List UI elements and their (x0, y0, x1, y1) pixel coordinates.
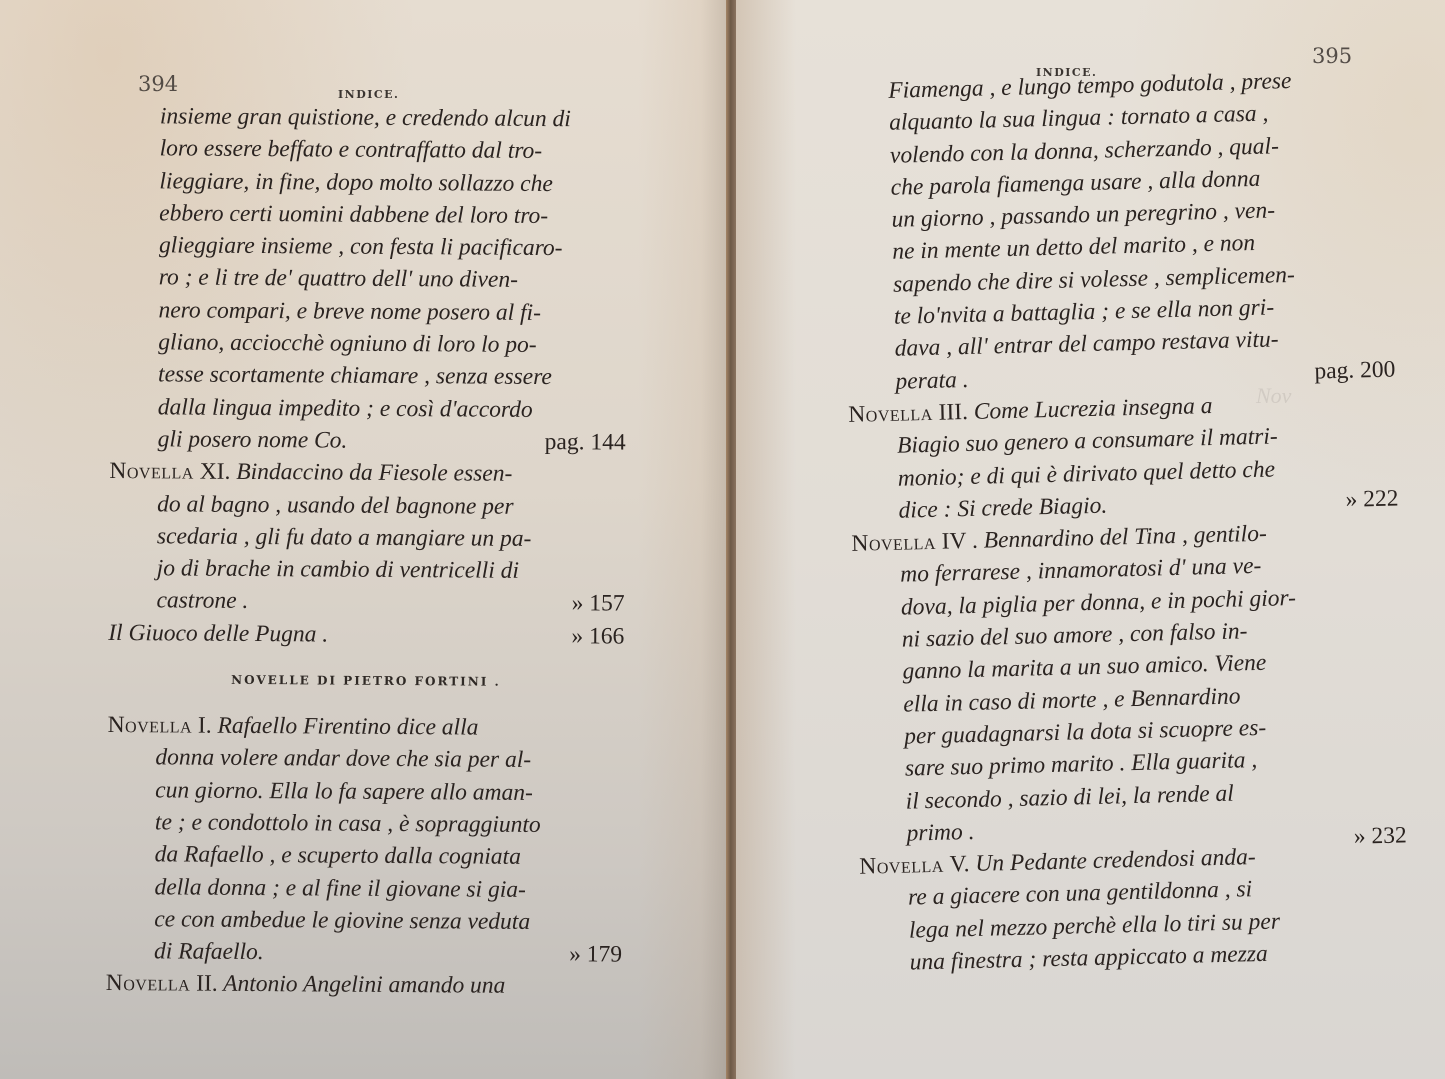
entry-line: cun giorno. Ella lo fa sapere allo aman- (107, 774, 623, 810)
running-head: INDICE. (338, 88, 399, 101)
page-reference: » 222 (1345, 482, 1399, 516)
book-gutter (726, 0, 736, 1079)
index-entry-novella-xi: Novella XI. Bindaccino da Fiesole essen-… (108, 455, 625, 620)
entry-line: gliano, acciocchè ogniuno di loro lo po- (110, 326, 626, 362)
entry-text: gli posero nome Co. (158, 426, 348, 453)
entry-first-line: Novella II. Antonio Angelini amando una (106, 967, 622, 1003)
entry-line: glieggiare insieme , con festa li pacifi… (111, 229, 627, 265)
index-entry-novella-ii: Novella II. Antonio Angelini amando una (106, 967, 622, 1003)
index-entry-novella-iv: Novella IV . Bennardino del Tina , genti… (851, 515, 1407, 851)
entry-line: nero compari, e breve nome posero al fi- (110, 294, 626, 330)
page-reference: » 157 (572, 588, 625, 621)
index-entry-novella-v: Novella V. Un Pedante credendosi anda- r… (859, 838, 1410, 981)
entry-line: ebbero certi uomini dabbene del loro tro… (111, 197, 627, 233)
entry-line-last: Il Giuoco delle Pugna . » 166 (108, 617, 624, 653)
index-entry-continuation: Fiamenga , e lungo tempo godutola , pres… (840, 63, 1396, 399)
right-page: 395 INDICE. Nov Fiamenga , e lungo tempo… (736, 0, 1445, 1079)
entry-text: Bindaccino da Fiesole essen- (236, 459, 512, 487)
novella-numeral: II. (196, 971, 218, 997)
entry-line: lieggiare, in fine, dopo molto sollazzo … (111, 165, 627, 201)
novella-label: Novella (859, 852, 944, 880)
left-page: 394 INDICE. insieme gran quistione, e cr… (0, 0, 728, 1079)
entry-line: ce con ambedue le giovine senza veduta (106, 903, 622, 939)
entry-first-line: Novella I. Rafaello Firentino dice alla (108, 709, 624, 745)
index-text-right: Fiamenga , e lungo tempo godutola , pres… (840, 63, 1410, 980)
entry-text: di Rafaello. (154, 938, 264, 965)
novella-label: Novella (848, 400, 933, 428)
entry-text: Un Pedante credendosi anda- (975, 844, 1256, 877)
entry-text: perata . (895, 367, 969, 395)
entry-text: Rafaello Firentino dice alla (217, 713, 478, 741)
entry-text: primo . (906, 819, 975, 847)
entry-first-line: Novella XI. Bindaccino da Fiesole essen- (109, 455, 625, 491)
entry-line: loro essere beffato e contraffatto dal t… (112, 132, 628, 168)
novella-numeral: V. (949, 851, 969, 877)
entry-text: Come Lucrezia insegna a (974, 393, 1213, 425)
novella-numeral: IV . (941, 528, 978, 555)
novella-numeral: XI. (200, 459, 231, 485)
page-reference: pag. 200 (1314, 353, 1396, 387)
index-entry-continuation: insieme gran quistione, e credendo alcun… (110, 100, 628, 459)
index-entry-giuoco: Il Giuoco delle Pugna . » 166 (108, 617, 624, 653)
entry-line: jo di brache in cambio di ventricelli di (109, 552, 625, 588)
entry-line: insieme gran quistione, e credendo alcun… (112, 100, 628, 136)
page-reference: » 166 (571, 620, 624, 653)
entry-text: Bennardino del Tina , gentilo- (983, 521, 1267, 554)
entry-text: Antonio Angelini amando una (223, 971, 505, 999)
novella-numeral: I. (198, 713, 212, 739)
index-text-left: insieme gran quistione, e credendo alcun… (106, 100, 628, 1003)
entry-line: tesse scortamente chiamare , senza esser… (110, 358, 626, 394)
page-reference: pag. 144 (545, 426, 626, 459)
index-entry-novella-i: Novella I. Rafaello Firentino dice alla … (106, 709, 624, 971)
entry-text: dice : Si crede Biagio. (898, 492, 1107, 523)
novella-label: Novella (851, 529, 936, 557)
entry-line: te ; e condottolo in casa , è sopraggiun… (107, 806, 623, 842)
novella-label: Novella (106, 970, 191, 997)
novella-label: Novella (109, 458, 194, 485)
entry-text: Il Giuoco delle Pugna . (108, 620, 328, 648)
novella-numeral: III. (938, 399, 968, 426)
entry-line-last: gli posero nome Co. pag. 144 (110, 423, 626, 459)
entry-line-last: castrone . » 157 (108, 584, 624, 620)
entry-line: donna volere andar dove che sia per al- (107, 741, 623, 777)
open-book-spread: 394 INDICE. insieme gran quistione, e cr… (0, 0, 1445, 1079)
page-number: 394 (138, 72, 178, 96)
entry-line: ro ; e li tre de' quattro dell' uno dive… (111, 261, 627, 297)
entry-text: castrone . (156, 588, 248, 615)
index-entry-novella-iii: Novella III. Come Lucrezia insegna a Bia… (848, 385, 1399, 528)
entry-line: scedaria , gli fu dato a mangiare un pa- (109, 520, 625, 556)
page-reference: » 179 (569, 938, 622, 971)
entry-line: della donna ; e al fine il giovane si gi… (106, 871, 622, 907)
entry-line: do al bagno , usando del bagnone per (109, 488, 625, 524)
entry-line-last: di Rafaello. » 179 (106, 935, 622, 971)
novella-label: Novella (108, 712, 193, 739)
entry-line: da Rafaello , e scuperto dalla cogniata (107, 838, 623, 874)
entry-line: dalla lingua impedito ; e così d'accordo (110, 391, 626, 427)
section-heading: NOVELLE DI PIETRO FORTINI . (108, 649, 624, 713)
